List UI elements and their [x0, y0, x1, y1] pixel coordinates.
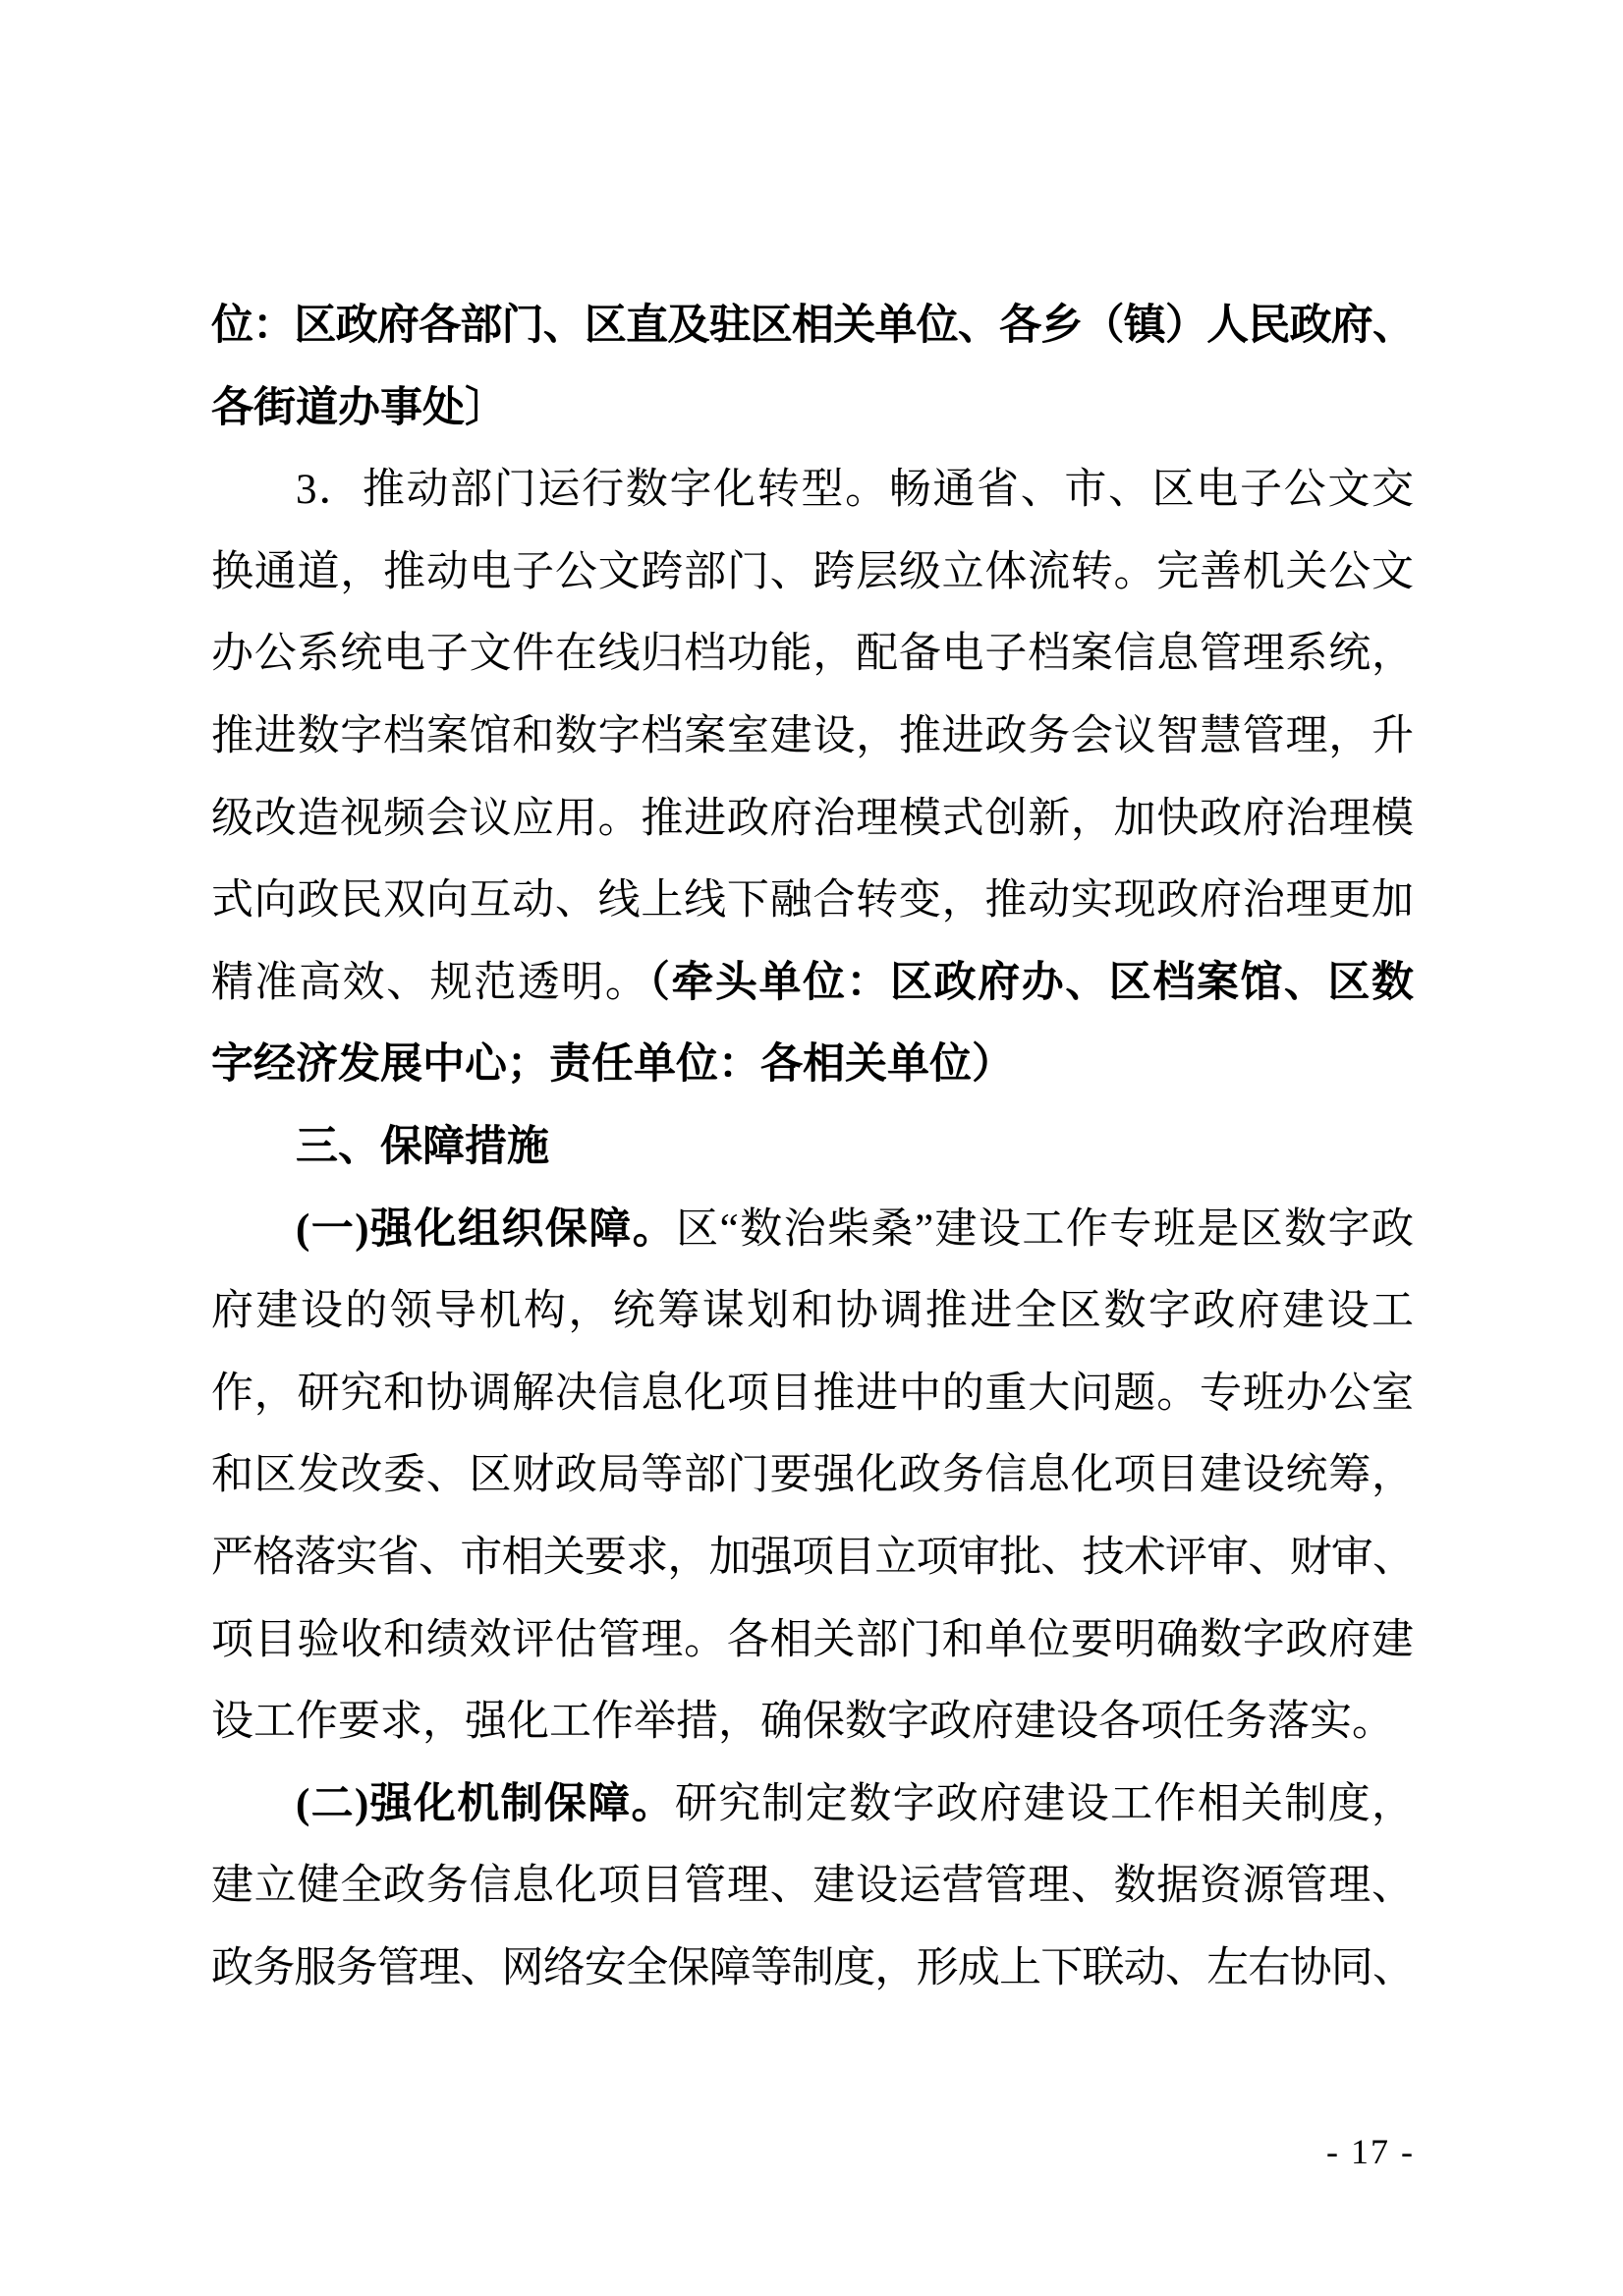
text-segment: 政务服务管理、网络安全保障等制度，形成上下联动、左右协同、: [211, 1945, 1414, 1991]
text-segment-bold: 三、保障措施: [296, 1124, 549, 1170]
text-segment: 3．推动部门运行数字化转型。畅通省、市、区电子公文交: [296, 467, 1414, 513]
text-line: 项目验收和绩效评估管理。各相关部门和单位要明确数字政府建: [211, 1599, 1414, 1682]
text-segment: 级改造视频会议应用。推进政府治理模式创新，加快政府治理模: [211, 796, 1414, 842]
text-segment: 精准高效、规范透明。: [211, 960, 648, 1006]
text-line: 精准高效、规范透明。（牵头单位：区政府办、区档案馆、区数: [211, 942, 1414, 1025]
text-line: 设工作要求，强化工作举措，确保数字政府建设各项任务落实。: [211, 1681, 1414, 1764]
document-body: 位：区政府各部门、区直及驻区相关单位、各乡（镇）人民政府、各街道办事处〕3．推动…: [211, 285, 1414, 2009]
text-line: 字经济发展中心；责任单位：各相关单位）: [211, 1024, 1414, 1106]
document-page: 位：区政府各部门、区直及驻区相关单位、各乡（镇）人民政府、各街道办事处〕3．推动…: [0, 0, 1623, 2296]
text-segment: 换通道，推动电子公文跨部门、跨层级立体流转。完善机关公文: [211, 549, 1414, 595]
page-number: - 17 -: [1326, 2132, 1415, 2171]
text-segment-bold: （牵头单位：区政府办、区档案馆、区数: [648, 960, 1414, 1006]
text-line: 和区发改委、区财政局等部门要强化政务信息化项目建设统筹，: [211, 1434, 1414, 1517]
text-line: 建立健全政务信息化项目管理、建设运营管理、数据资源管理、: [211, 1845, 1414, 1928]
text-line: 府建设的领导机构，统筹谋划和协调推进全区数字政府建设工: [211, 1270, 1414, 1353]
text-line: 各街道办事处〕: [211, 367, 1414, 450]
text-segment: 推进数字档案馆和数字档案室建设，推进政务会议智慧管理，升: [211, 713, 1414, 759]
text-segment: 府建设的领导机构，统筹谋划和协调推进全区数字政府建设工: [211, 1288, 1414, 1334]
text-line: 级改造视频会议应用。推进政府治理模式创新，加快政府治理模: [211, 778, 1414, 861]
text-segment: 式向政民双向互动、线上线下融合转变，推动实现政府治理更加: [211, 877, 1414, 924]
text-line: 位：区政府各部门、区直及驻区相关单位、各乡（镇）人民政府、: [211, 285, 1414, 367]
text-line: (一)强化组织保障。区“数治柴桑”建设工作专班是区数字政: [211, 1189, 1414, 1271]
text-segment: 办公系统电子文件在线归档功能，配备电子档案信息管理系统，: [211, 631, 1414, 677]
text-segment: 作，研究和协调解决信息化项目推进中的重大问题。专班办公室: [211, 1371, 1414, 1417]
text-line: 三、保障措施: [211, 1106, 1414, 1189]
text-line: (二)强化机制保障。研究制定数字政府建设工作相关制度，: [211, 1764, 1414, 1846]
text-line: 作，研究和协调解决信息化项目推进中的重大问题。专班办公室: [211, 1353, 1414, 1435]
text-segment: 建立健全政务信息化项目管理、建设运营管理、数据资源管理、: [211, 1863, 1414, 1909]
text-line: 式向政民双向互动、线上线下融合转变，推动实现政府治理更加: [211, 860, 1414, 942]
text-segment: 项目验收和绩效评估管理。各相关部门和单位要明确数字政府建: [211, 1617, 1414, 1663]
text-line: 推进数字档案馆和数字档案室建设，推进政务会议智慧管理，升: [211, 696, 1414, 778]
text-line: 换通道，推动电子公文跨部门、跨层级立体流转。完善机关公文: [211, 532, 1414, 614]
text-segment: 研究制定数字政府建设工作相关制度，: [675, 1781, 1414, 1827]
text-segment: 和区发改委、区财政局等部门要强化政务信息化项目建设统筹，: [211, 1452, 1414, 1498]
text-segment-bold: (二)强化机制保障。: [296, 1781, 675, 1827]
text-segment: 严格落实省、市相关要求，加强项目立项审批、技术评审、财审、: [211, 1535, 1414, 1581]
text-segment-bold: 各街道办事处〕: [211, 385, 507, 431]
text-line: 政务服务管理、网络安全保障等制度，形成上下联动、左右协同、: [211, 1928, 1414, 2010]
text-segment: 设工作要求，强化工作举措，确保数字政府建设各项任务落实。: [211, 1699, 1394, 1745]
text-segment-bold: (一)强化组织保障。: [296, 1206, 676, 1253]
text-line: 严格落实省、市相关要求，加强项目立项审批、技术评审、财审、: [211, 1517, 1414, 1599]
text-segment-bold: 位：区政府各部门、区直及驻区相关单位、各乡（镇）人民政府、: [211, 303, 1414, 349]
text-line: 3．推动部门运行数字化转型。畅通省、市、区电子公文交: [211, 449, 1414, 532]
text-segment: 区“数治柴桑”建设工作专班是区数字政: [676, 1206, 1414, 1253]
text-line: 办公系统电子文件在线归档功能，配备电子档案信息管理系统，: [211, 613, 1414, 696]
text-segment-bold: 字经济发展中心；责任单位：各相关单位）: [211, 1041, 1014, 1088]
